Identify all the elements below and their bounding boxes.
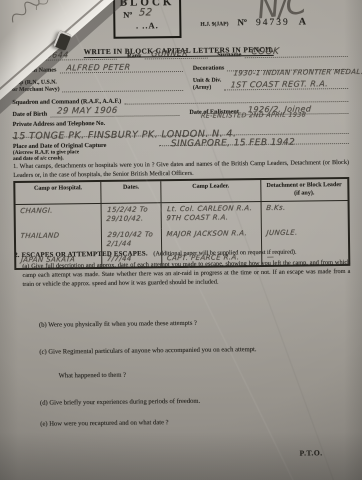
dates-value: 15/2/42 To 29/10/42. — [106, 205, 158, 224]
surname-rule: COOK — [244, 48, 347, 58]
rank-label: Rank — [127, 52, 145, 59]
cell-leader: Lt. Col. CARLEON R.A. 9TH COAST R.A. — [162, 202, 262, 228]
col-header-leader: Camp Leader. — [161, 180, 261, 202]
unit-label-line2: (Army) — [193, 84, 222, 91]
block-box-suffix: . ..A. — [115, 20, 179, 31]
form-reference-line: H.J. 9(JAP) Nº 94739 A — [200, 16, 306, 28]
dob-value: 29 MAY 1906 — [56, 106, 118, 117]
block-no-row: Nº 52 — [115, 8, 179, 20]
rank-value: GUNNER — [151, 49, 189, 58]
rank-rule: GUNNER — [144, 50, 207, 60]
field-row-service: Ship (R.N., U.S.N. or Merchant Navy) Uni… — [12, 76, 348, 93]
no-rule: 4059644 — [24, 51, 117, 61]
cell-dates: 15/2/42 To 29/10/42. — [102, 203, 162, 229]
block-no-label: Nº — [123, 10, 132, 20]
unit-rule: 1ST COAST REGT. R.A. — [224, 80, 348, 91]
col-header-dates: Dates. — [102, 181, 162, 203]
field-decorations: Decorations 1930-1 INDIAN FRONTIER MEDAL… — [193, 61, 348, 72]
form-ref-code: H.J. 9(JAP) — [200, 21, 228, 27]
col-header-block-leader: Detachment or Block Leader (if any). — [261, 179, 348, 201]
question-2e: (e) How were you recaptured and on what … — [40, 419, 168, 428]
field-surname: Surname COOK — [217, 48, 348, 59]
christian-names-rule: ALFRED PETER — [59, 63, 182, 74]
block-leader-value: B.Ks. — [265, 204, 285, 213]
question-2b: (b) Were you physically fit when you mad… — [39, 320, 197, 329]
ship-label-line2: or Merchant Navy) — [12, 86, 60, 93]
surname-value: COOK — [250, 47, 279, 57]
cell-block-leader: JUNGLE. — [262, 226, 349, 251]
field-christian-names: Christian Names ALFRED PETER — [12, 63, 183, 74]
col-header-camp: Camp or Hospital. — [15, 182, 102, 204]
christian-names-value: ALFRED PETER — [65, 63, 130, 73]
squadron-label: Squadron and Command (R.A.F., A.A.F.) — [12, 98, 124, 106]
decorations-label: Decorations — [193, 64, 228, 72]
camp-value: THAILAND — [20, 232, 60, 242]
block-no-handwritten-value: 52 — [138, 7, 153, 18]
capture-value: SINGAPORE, 15 FEB 1942 — [171, 138, 295, 150]
decorations-rule: 1930-1 INDIAN FRONTIER MEDAL. — [227, 61, 348, 71]
field-rank: Rank GUNNER — [127, 50, 207, 60]
unit-label: Unit & Div. (Army) — [193, 77, 225, 91]
field-row-identity: No. 4059644 Rank GUNNER Surname COOK — [12, 48, 348, 61]
no-label: No. — [12, 54, 24, 61]
unit-value: 1ST COAST REGT. R.A. — [230, 79, 328, 89]
leader-value: Lt. Col. CARLEON R.A. 9TH COAST R.A. — [166, 204, 258, 223]
field-no: No. 4059644 — [12, 51, 117, 61]
capture-sublabel-2: and date of a/c crash). — [13, 155, 64, 162]
form-serial-number: 94739 — [256, 18, 290, 28]
dob-rule: 29 MAY 1906 — [50, 107, 179, 118]
form-content: BLOCK Nº 52 . ..A. N/C H.J. 9(JAP) Nº 94… — [0, 0, 362, 480]
field-unit: Unit & Div. (Army) 1ST COAST REGT. R.A. — [193, 76, 348, 91]
field-ship: Ship (R.N., U.S.N. or Merchant Navy) — [12, 78, 183, 93]
question-2c: (c) Give Regimental particulars of anyon… — [39, 346, 256, 356]
form-ref-no-label: Nº — [237, 17, 247, 27]
leader-value: MAJOR JACKSON R.A. — [166, 229, 248, 239]
question-2a: (a) Give full description and approx. da… — [22, 259, 350, 289]
surname-label: Surname — [217, 51, 244, 58]
squadron-rule — [124, 93, 348, 105]
photographed-pow-questionnaire: BLOCK Nº 52 . ..A. N/C H.J. 9(JAP) Nº 94… — [0, 0, 362, 480]
unit-label-line1: Unit & Div. — [193, 77, 222, 84]
cell-camp: CHANGI. — [16, 204, 103, 230]
no-value: 4059644 — [30, 50, 69, 59]
capture-rule: SINGAPORE, 15 FEB 1942 — [159, 131, 349, 146]
cell-block-leader: B.Ks. — [261, 201, 348, 227]
ship-rule — [63, 82, 183, 92]
block-leader-value: JUNGLE. — [266, 229, 298, 238]
form-serial-suffix: A — [299, 16, 306, 27]
field-dob: Date of Birth 29 MAY 1906 — [12, 107, 179, 118]
pto-marker: P.T.O. — [300, 448, 323, 457]
camp-value: CHANGI. — [20, 207, 54, 217]
christian-names-label: Christian Names — [12, 66, 60, 74]
ship-label: Ship (R.N., U.S.N. or Merchant Navy) — [12, 79, 63, 93]
dates-value: 29/10/42 To 2/1/44 — [106, 230, 158, 249]
field-row-names: Christian Names ALFRED PETER Decorations… — [12, 61, 348, 74]
question-2d: (d) Give briefly your experiences during… — [40, 398, 200, 407]
question-2c-followup: What happened to them ? — [59, 372, 126, 380]
dob-label: Date of Birth — [12, 110, 50, 118]
block-number-box: BLOCK Nº 52 . ..A. — [113, 0, 182, 39]
enlistment-value-line2: RE-ENLISTED 2ND APRIL 1938 — [201, 111, 307, 119]
